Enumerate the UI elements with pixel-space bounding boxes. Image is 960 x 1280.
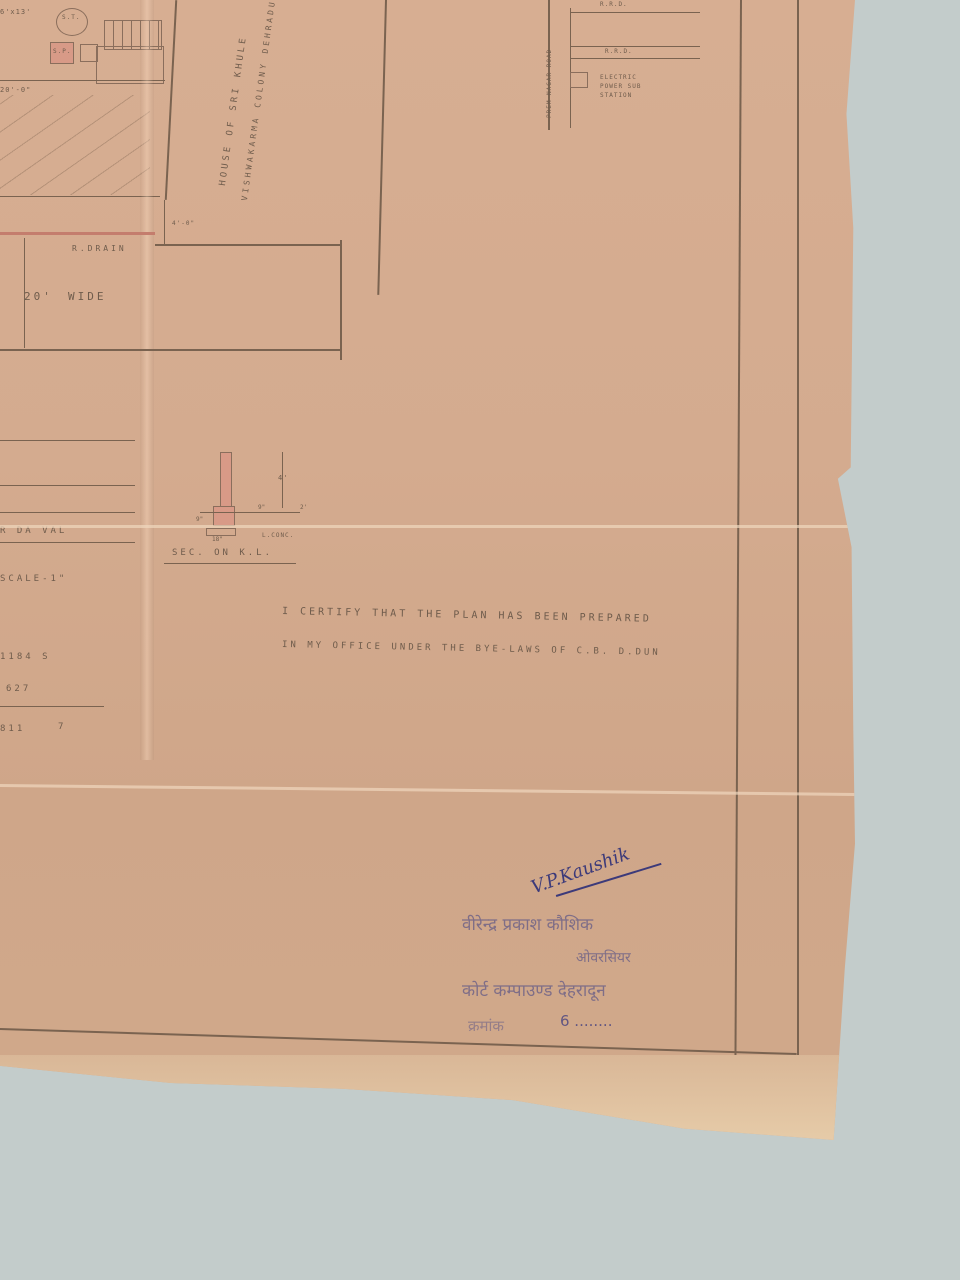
section-base (206, 528, 236, 536)
substation-label-3: STATION (600, 92, 632, 99)
septic-tank-symbol (56, 8, 88, 36)
road-right-break (340, 240, 342, 360)
scale-label: SCALE-1" (0, 574, 67, 584)
hatched-plot-area (0, 95, 150, 195)
road-bottom-edge (0, 349, 340, 351)
signature: V.P.Kaushik (528, 843, 632, 898)
section-dim-left: 9" (196, 516, 203, 523)
keymap-road-top-label: R.R.D. (600, 1, 628, 8)
stamp-ref-label: क्रमांक (468, 1016, 504, 1036)
paper-fold-horizontal-2 (0, 784, 855, 796)
substation-label-1: ELECTRIC (600, 74, 637, 81)
keymap-road-h3 (570, 58, 700, 59)
border-inner (734, 0, 741, 1065)
dim-tick (164, 200, 165, 244)
border-bottom (0, 1028, 797, 1055)
substation-symbol (570, 72, 588, 88)
section-edge-dim: 2' (300, 504, 307, 511)
septic-tank-label: S.T. (62, 14, 80, 21)
paper-fold-horizontal-1 (0, 525, 855, 528)
drain-line (0, 232, 155, 235)
area-value-3: 811 (0, 724, 25, 734)
wall-band-top (0, 440, 135, 441)
paper-bottom-edge (0, 1055, 840, 1140)
road-wide-label: WIDE (68, 290, 107, 303)
keymap-road-h1 (570, 12, 700, 13)
certification-line-1: I CERTIFY THAT THE PLAN HAS BEEN PREPARE… (282, 606, 652, 625)
keymap-side-road-label: PREM NAGAR ROAD (546, 49, 553, 118)
area-mark: 7 (58, 722, 66, 732)
road-top-edge (155, 244, 340, 246)
drain-label: R.DRAIN (72, 244, 127, 253)
road-width-label: 20' (24, 290, 53, 303)
paper-fold-vertical (140, 0, 154, 760)
dimension-6x13: 6'x13' (0, 8, 31, 16)
boundary-curve (165, 0, 177, 200)
wall-band-4 (0, 542, 135, 543)
dimension-20ft: 20'-0" (0, 86, 31, 94)
road-dim-right: 4'-0" (172, 220, 195, 227)
stamp-ref-value: 6 ........ (560, 1012, 612, 1030)
certification-line-2: IN MY OFFICE UNDER THE BYE-LAWS OF C.B. … (282, 640, 661, 658)
plan-paper: S.T. S.P. 6'x13' 20'-0" HOUSE OF SRI KHU… (0, 0, 855, 1140)
ground-line (200, 512, 300, 513)
sheet-divider-1 (377, 0, 386, 295)
section-wall (220, 452, 232, 508)
section-footing (213, 506, 235, 526)
section-height-label: 4' (278, 474, 288, 482)
stamp-office: कोर्ट कम्पाउण्ड देहरादून (462, 978, 606, 1001)
wall-band-2 (0, 485, 135, 486)
section-dim-right: 9" (258, 504, 265, 511)
stamp-title: ओवरसियर (576, 948, 631, 967)
area-value-1: 1184 S (0, 652, 51, 662)
border-outer (797, 0, 799, 1080)
section-title: SEC. ON K.L. (172, 548, 273, 558)
section-title-underline (164, 563, 296, 564)
keymap-road-mid-label: R.R.D. (605, 48, 633, 55)
area-sum-line (0, 706, 104, 707)
soak-pit-label: S.P. (53, 48, 71, 55)
house-label-line2: VISHWAKARMA COLONY DEHRADUN (240, 0, 278, 201)
area-value-2: 627 (6, 684, 31, 694)
plot-line-mid (0, 196, 160, 197)
section-base-dim: 18" (212, 536, 223, 543)
wall-band-3 (0, 512, 135, 513)
substation-label-2: POWER SUB (600, 83, 642, 90)
stamp-name: वीरेन्द्र प्रकाश कौशिक (462, 912, 593, 935)
keymap-road-v (570, 8, 571, 128)
section-conc-label: L.CONC. (262, 532, 294, 539)
keymap-road-h2 (570, 46, 700, 47)
